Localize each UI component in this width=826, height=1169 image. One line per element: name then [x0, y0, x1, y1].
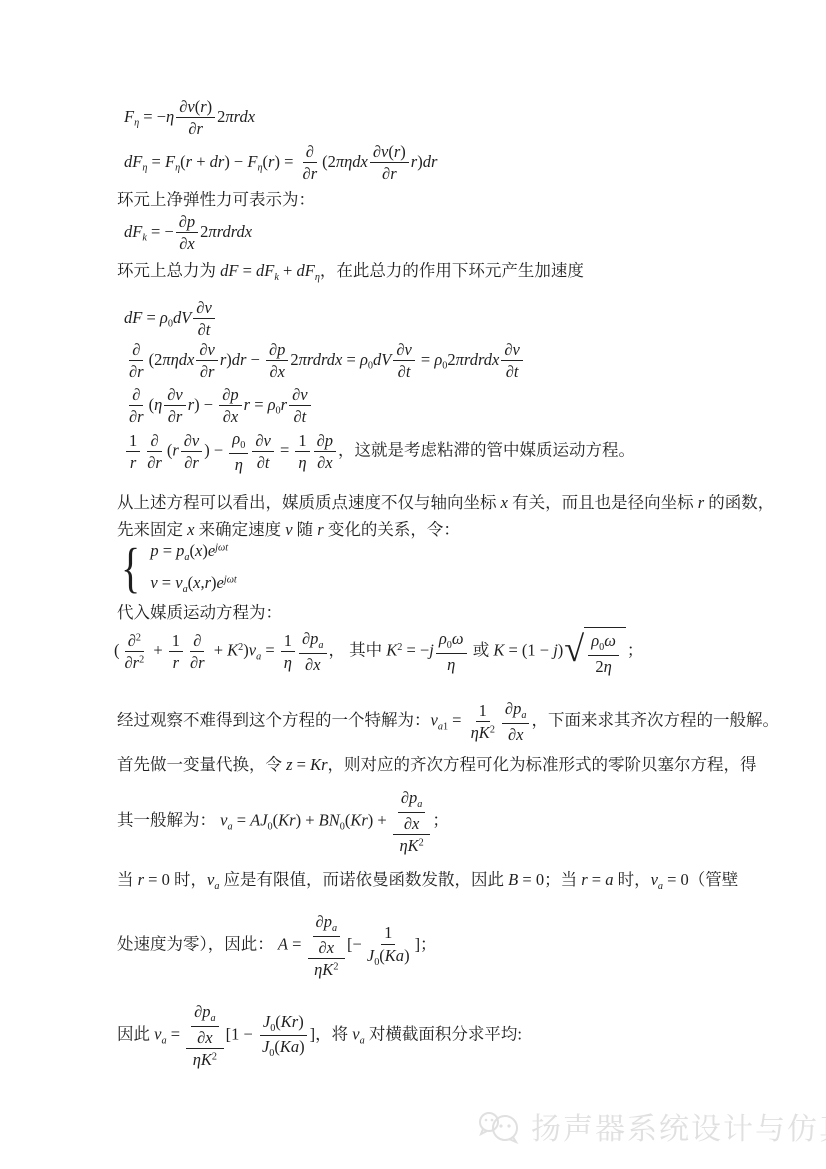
para-velocity-dependence-2: 先来固定 x 来确定速度 v 随 r 变化的关系，令：	[117, 519, 460, 541]
document-page: Fη = −η∂v(r)∂r2πrdxdFη = Fη(r + dr) − Fη…	[0, 0, 826, 1169]
eq-viscous-shear-force: Fη = −η∂v(r)∂r2πrdx	[124, 97, 255, 139]
label-substitute-motion-equation: 代入媒质运动方程为：	[117, 602, 282, 624]
eq-force-balance-expanded: ∂∂r(2πηdx∂v∂rr)dr − ∂p∂x2πrdrdx = ρ0dV∂v…	[124, 340, 525, 382]
eq-bessel-form-and-K: (∂2∂r2 + 1r∂∂r + K2)va = 1η∂pa∂x， 其中 K2 …	[114, 627, 643, 676]
watermark-text: 扬声器系统设计与仿真	[531, 1104, 826, 1148]
text-total-force: 环元上总力为 dF = dFk + dFη，在此总力的作用下环元产生加速度	[117, 260, 584, 285]
eq-coefficient-A: 处速度为零），因此： A = ∂pa∂xηK2[−1J0(Ka)]；	[117, 912, 437, 980]
eq-general-solution: 其一般解为： va = AJ0(Kr) + BN0(Kr) + ∂pa∂xηK2…	[117, 788, 449, 856]
eq-force-balance-simplified: ∂∂r(η∂v∂rr) − ∂p∂xr = ρ0r∂v∂t	[124, 385, 313, 427]
label-net-elastic-force: 环元上净弹性力可表示为：	[117, 189, 315, 211]
text-particular-solution: 经过观察不难得到这个方程的一个特解为：va1 = 1ηK2∂pa∂x，下面来求其…	[117, 699, 779, 744]
wechat-logo-icon	[476, 1108, 522, 1144]
eq-newton-second-law: dF = ρ0dV∂v∂t	[124, 298, 217, 340]
eq-harmonic-assumption: {p = pa(x)ejωtv = va(x,r)ejωt	[118, 541, 237, 596]
watermark: 扬声器系统设计与仿真	[476, 1104, 826, 1148]
eq-net-viscous-force: dFη = Fη(r + dr) − Fη(r) = ∂∂r(2πηdx∂v(r…	[124, 142, 437, 184]
eq-velocity-profile: 因此 va = ∂pa∂xηK2[1 − J0(Kr)J0(Ka)]，将 va …	[117, 1002, 522, 1070]
para-velocity-dependence-1: 从上述方程可以看出，媒质质点速度不仅与轴向坐标 x 有关，而且也是径向坐标 r …	[117, 492, 774, 514]
text-variable-substitution: 首先做一变量代换，令 z = Kr，则对应的齐次方程可化为标准形式的零阶贝塞尔方…	[117, 754, 757, 776]
eq-net-elastic-force: dFk = −∂p∂x2πrdrdx	[124, 212, 252, 254]
text-boundary-conditions: 当 r = 0 时，va 应是有限值，而诺依曼函数发散，因此 B = 0；当 r…	[117, 869, 738, 894]
eq-medium-motion-viscous: 1r∂∂r(r∂v∂r) − ρ0η∂v∂t = 1η∂p∂x，这就是考虑粘滞的…	[124, 429, 635, 474]
